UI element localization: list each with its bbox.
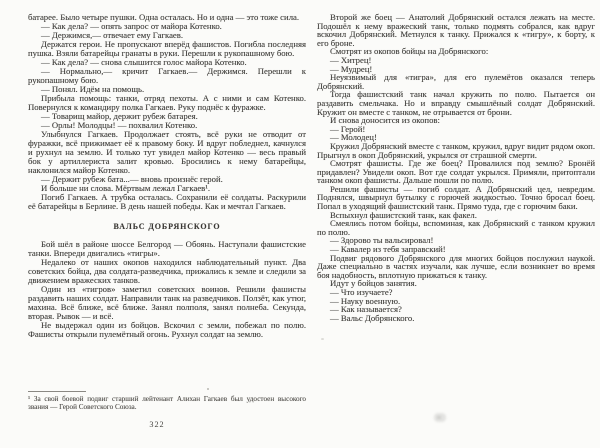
scan-speck: [207, 388, 209, 390]
paragraph: Держатся герои. Не пропускают вперёд фаш…: [28, 40, 306, 58]
paragraph: Бой шёл в районе шоссе Белгород — Обоянь…: [28, 240, 306, 258]
scan-speck: [321, 338, 324, 340]
paragraph: Тогда фашистский танк начал кружить по п…: [317, 90, 595, 116]
paragraph: Смотрят фашисты. Где же боец? Провалился…: [317, 159, 595, 185]
book-scan-page: батарее. Было четыре пушки. Одна осталас…: [0, 0, 600, 448]
footnote-separator-rule: [28, 391, 86, 392]
section-body-text: Бой шёл в районе шоссе Белгород — Обоянь…: [28, 240, 306, 339]
paragraph: Подвиг рядового Добрянского для многих б…: [317, 254, 595, 280]
footnote-text: ¹ За свой боевой подвиг старший лейтенан…: [28, 395, 306, 412]
paragraph: Второй же боец — Анатолий Добрянский ост…: [317, 13, 595, 47]
paragraph: Кружил Добрянский вместе с танком, кружи…: [317, 142, 595, 159]
left-page-column: батарее. Было четыре пушки. Одна осталас…: [28, 13, 306, 339]
paragraph: Решили фашисты — погиб солдат. А Добрянс…: [317, 185, 595, 211]
paragraph: Неуязвимый для «тигра», для его пулемёто…: [317, 73, 595, 90]
paragraph: — Нормально,— кричит Гагкаев.— Держимся.…: [28, 67, 306, 85]
paragraph: Смеялись потом бойцы, вспоминая, как Доб…: [317, 219, 595, 236]
footnote-block: ¹ За свой боевой подвиг старший лейтенан…: [28, 391, 306, 412]
paragraph: Один из «тигров» заметил советских воино…: [28, 285, 306, 321]
paragraph: — Вальс Добрянского.: [317, 314, 595, 323]
paragraph: Улыбнулся Гагкаев. Продолжает стоять, вс…: [28, 130, 306, 175]
section-heading: ВАЛЬС ДОБРЯНСКОГО: [28, 222, 306, 231]
paragraph: Недалеко от наших окопов находился наблю…: [28, 258, 306, 285]
paragraph: Погиб Гагкаев. А трубка осталась. Сохран…: [28, 193, 306, 211]
ink-bleed-mark: [434, 413, 446, 422]
right-page-column: Второй же боец — Анатолий Добрянский ост…: [317, 13, 595, 322]
paragraph: Не выдержал один из бойцов. Вскочил с зе…: [28, 321, 306, 339]
page-number: 322: [28, 420, 286, 429]
paragraph: Прибыла помощь: танки, отряд пехоты. А с…: [28, 94, 306, 112]
story-ending-text: батарее. Было четыре пушки. Одна осталас…: [28, 13, 306, 211]
